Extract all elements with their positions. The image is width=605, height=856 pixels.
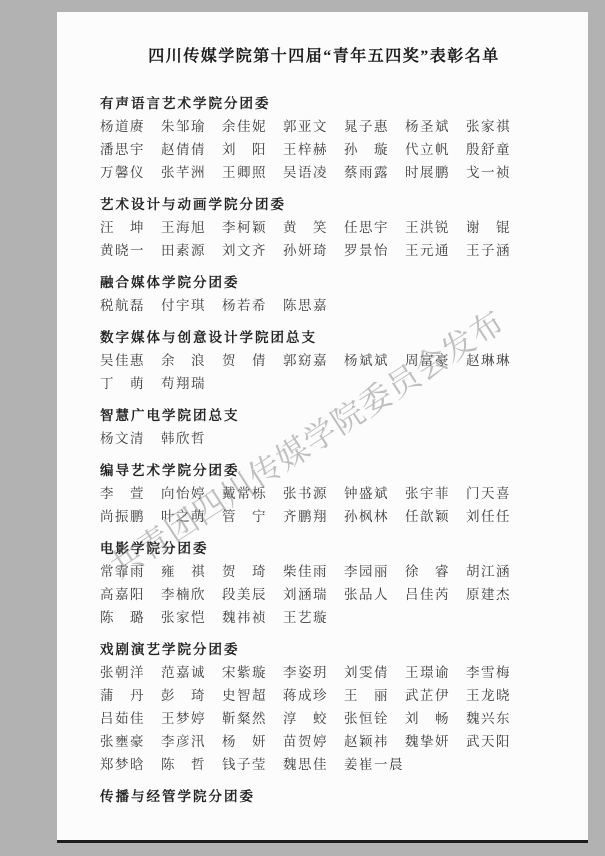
- person-name: 叶之萌: [161, 505, 206, 528]
- person-name: 胡江涵: [466, 560, 511, 583]
- section: 编导艺术学院分团委李 萱向怡婷戴常栎张书源钟盛斌张宇菲门天喜尚振鹏叶之萌管 宁齐…: [100, 459, 548, 528]
- name-row: 黄晓一田素源刘文齐孙妍琦罗景怡王元通王子涵: [100, 239, 548, 262]
- person-name: 姜崔一晨: [344, 753, 404, 776]
- person-name: 赵倩倩: [161, 138, 206, 161]
- sections: 有声语言艺术学院分团委杨道赓朱邹瑜余佳妮郭亚文晁子惠杨圣斌张家祺潘思宇赵倩倩刘 …: [100, 92, 548, 808]
- person-name: 李雪梅: [466, 661, 511, 684]
- person-name: 杨圣斌: [405, 115, 450, 138]
- person-name: 郭窈嘉: [283, 349, 328, 372]
- person-name: 刘 畅: [405, 707, 450, 730]
- person-name: 段美辰: [222, 583, 267, 606]
- person-name: 王龙晓: [466, 684, 511, 707]
- person-name: 武芷伊: [405, 684, 450, 707]
- name-row: 常霏雨雍 祺贺 琦柴佳雨李园丽徐 睿胡江涵: [100, 560, 548, 583]
- section: 有声语言艺术学院分团委杨道赓朱邹瑜余佳妮郭亚文晁子惠杨圣斌张家祺潘思宇赵倩倩刘 …: [100, 92, 548, 184]
- person-name: 杨 妍: [222, 730, 267, 753]
- name-row: 尚振鹏叶之萌管 宁齐鹏翔孙枫林任歆颖刘任任: [100, 505, 548, 528]
- person-name: 刘任任: [466, 505, 511, 528]
- person-name: 蒲 丹: [100, 684, 145, 707]
- person-name: 陈思嘉: [283, 294, 328, 317]
- section: 数字媒体与创意设计学院团总支吴佳惠余 浪贺 倩郭窈嘉杨斌斌周富豪赵琳琳丁 萌苟翔…: [100, 326, 548, 395]
- name-row: 税航磊付宇琪杨若希陈思嘉: [100, 294, 548, 317]
- person-name: 贺 倩: [222, 349, 267, 372]
- person-name: 李姿玥: [283, 661, 328, 684]
- person-name: 魏挚妍: [405, 730, 450, 753]
- section-heading: 数字媒体与创意设计学院团总支: [100, 326, 548, 349]
- person-name: 蔡雨露: [344, 161, 389, 184]
- person-name: 郭亚文: [283, 115, 328, 138]
- person-name: 杨道赓: [100, 115, 145, 138]
- name-row: 万馨仪张芊洲王卿照吴语凌蔡雨露时展鹏戈一祯: [100, 161, 548, 184]
- name-row: 潘思宇赵倩倩刘 阳王梓赫孙 璇代立帆殷舒童: [100, 138, 548, 161]
- person-name: 李园丽: [344, 560, 389, 583]
- document-page: 共青团四川传媒学院委员会发布 四川传媒学院第十四届“青年五四奖”表彰名单 有声语…: [57, 12, 588, 843]
- name-row: 高嘉阳李楠欣段美辰刘涵瑞张品人吕佳芮原建杰: [100, 583, 548, 606]
- person-name: 张壅豪: [100, 730, 145, 753]
- person-name: 王卿照: [222, 161, 267, 184]
- person-name: 苗贺婷: [283, 730, 328, 753]
- person-name: 魏思佳: [283, 753, 328, 776]
- person-name: 彭 琦: [161, 684, 206, 707]
- person-name: 常霏雨: [100, 560, 145, 583]
- person-name: 张家恺: [161, 606, 206, 629]
- section: 传播与经管学院分团委: [100, 785, 548, 808]
- person-name: 淳 蛟: [283, 707, 328, 730]
- person-name: 李彦汛: [161, 730, 206, 753]
- name-row: 汪 坤王海旭李柯颖黄 笑任思宇王洪锐谢 锟: [100, 216, 548, 239]
- person-name: 柴佳雨: [283, 560, 328, 583]
- person-name: 杨斌斌: [344, 349, 389, 372]
- person-name: 张芊洲: [161, 161, 206, 184]
- person-name: 陈 璐: [100, 606, 145, 629]
- person-name: 赵琳琳: [466, 349, 511, 372]
- person-name: 吕佳芮: [405, 583, 450, 606]
- person-name: 陈 哲: [161, 753, 206, 776]
- person-name: 张恒铨: [344, 707, 389, 730]
- name-row: 李 萱向怡婷戴常栎张书源钟盛斌张宇菲门天喜: [100, 482, 548, 505]
- person-name: 殷舒童: [466, 138, 511, 161]
- person-name: 张朝洋: [100, 661, 145, 684]
- person-name: 高嘉阳: [100, 583, 145, 606]
- person-name: 郑梦晗: [100, 753, 145, 776]
- person-name: 张品人: [344, 583, 389, 606]
- person-name: 靳粲然: [222, 707, 267, 730]
- person-name: 潘思宇: [100, 138, 145, 161]
- person-name: 代立帆: [405, 138, 450, 161]
- name-row: 张朝洋范嘉诚宋紫璇李姿玥刘雯倩王璟谕李雪梅: [100, 661, 548, 684]
- person-name: 王璟谕: [405, 661, 450, 684]
- person-name: 蒋成珍: [283, 684, 328, 707]
- person-name: 徐 睿: [405, 560, 450, 583]
- person-name: 刘涵瑞: [283, 583, 328, 606]
- person-name: 刘文齐: [222, 239, 267, 262]
- section-heading: 智慧广电学院团总支: [100, 404, 548, 427]
- person-name: 李柯颖: [222, 216, 267, 239]
- name-row: 丁 萌苟翔瑞: [100, 372, 548, 395]
- person-name: 万馨仪: [100, 161, 145, 184]
- person-name: 韩欣哲: [161, 427, 206, 450]
- person-name: 王梓赫: [283, 138, 328, 161]
- person-name: 雍 祺: [161, 560, 206, 583]
- person-name: 刘雯倩: [344, 661, 389, 684]
- person-name: 刘 阳: [222, 138, 267, 161]
- person-name: 魏兴东: [466, 707, 511, 730]
- person-name: 钟盛斌: [344, 482, 389, 505]
- person-name: 管 宁: [222, 505, 267, 528]
- person-name: 丁 萌: [100, 372, 145, 395]
- person-name: 王海旭: [161, 216, 206, 239]
- person-name: 汪 坤: [100, 216, 145, 239]
- section-heading: 艺术设计与动画学院分团委: [100, 193, 548, 216]
- person-name: 孙 璇: [344, 138, 389, 161]
- person-name: 向怡婷: [161, 482, 206, 505]
- name-row: 吕茹佳王梦婷靳粲然淳 蛟张恒铨刘 畅魏兴东: [100, 707, 548, 730]
- person-name: 钱子莹: [222, 753, 267, 776]
- person-name: 张宇菲: [405, 482, 450, 505]
- page-title: 四川传媒学院第十四届“青年五四奖”表彰名单: [100, 46, 548, 68]
- person-name: 张书源: [283, 482, 328, 505]
- person-name: 魏祎祯: [222, 606, 267, 629]
- person-name: 苟翔瑞: [161, 372, 206, 395]
- section-heading: 传播与经管学院分团委: [100, 785, 548, 808]
- person-name: 任歆颖: [405, 505, 450, 528]
- section-heading: 融合媒体学院分团委: [100, 271, 548, 294]
- person-name: 齐鹏翔: [283, 505, 328, 528]
- name-row: 陈 璐张家恺魏祎祯王艺璇: [100, 606, 548, 629]
- name-row: 杨文清韩欣哲: [100, 427, 548, 450]
- person-name: 原建杰: [466, 583, 511, 606]
- name-row: 郑梦晗陈 哲钱子莹魏思佳姜崔一晨: [100, 753, 548, 776]
- person-name: 赵颖祎: [344, 730, 389, 753]
- person-name: 宋紫璇: [222, 661, 267, 684]
- person-name: 付宇琪: [161, 294, 206, 317]
- person-name: 吴佳惠: [100, 349, 145, 372]
- person-name: 王洪锐: [405, 216, 450, 239]
- person-name: 王子涵: [466, 239, 511, 262]
- person-name: 任思宇: [344, 216, 389, 239]
- section: 戏剧演艺学院分团委张朝洋范嘉诚宋紫璇李姿玥刘雯倩王璟谕李雪梅蒲 丹彭 琦史智超蒋…: [100, 638, 548, 776]
- person-name: 黄晓一: [100, 239, 145, 262]
- name-row: 蒲 丹彭 琦史智超蒋成珍王 丽武芷伊王龙晓: [100, 684, 548, 707]
- person-name: 戴常栎: [222, 482, 267, 505]
- section-heading: 有声语言艺术学院分团委: [100, 92, 548, 115]
- section: 艺术设计与动画学院分团委汪 坤王海旭李柯颖黄 笑任思宇王洪锐谢 锟黄晓一田素源刘…: [100, 193, 548, 262]
- name-row: 杨道赓朱邹瑜余佳妮郭亚文晁子惠杨圣斌张家祺: [100, 115, 548, 138]
- person-name: 黄 笑: [283, 216, 328, 239]
- person-name: 周富豪: [405, 349, 450, 372]
- section: 智慧广电学院团总支杨文清韩欣哲: [100, 404, 548, 450]
- person-name: 李楠欣: [161, 583, 206, 606]
- section: 融合媒体学院分团委税航磊付宇琪杨若希陈思嘉: [100, 271, 548, 317]
- person-name: 王艺璇: [283, 606, 328, 629]
- section-heading: 电影学院分团委: [100, 537, 548, 560]
- person-name: 史智超: [222, 684, 267, 707]
- person-name: 田素源: [161, 239, 206, 262]
- person-name: 李 萱: [100, 482, 145, 505]
- person-name: 王 丽: [344, 684, 389, 707]
- person-name: 时展鹏: [405, 161, 450, 184]
- name-row: 吴佳惠余 浪贺 倩郭窈嘉杨斌斌周富豪赵琳琳: [100, 349, 548, 372]
- person-name: 朱邹瑜: [161, 115, 206, 138]
- person-name: 范嘉诚: [161, 661, 206, 684]
- name-row: 张壅豪李彦汛杨 妍苗贺婷赵颖祎魏挚妍武天阳: [100, 730, 548, 753]
- person-name: 税航磊: [100, 294, 145, 317]
- person-name: 王梦婷: [161, 707, 206, 730]
- person-name: 尚振鹏: [100, 505, 145, 528]
- person-name: 武天阳: [466, 730, 511, 753]
- person-name: 贺 琦: [222, 560, 267, 583]
- person-name: 吕茹佳: [100, 707, 145, 730]
- person-name: 戈一祯: [466, 161, 511, 184]
- person-name: 余佳妮: [222, 115, 267, 138]
- person-name: 孙枫林: [344, 505, 389, 528]
- person-name: 门天喜: [466, 482, 511, 505]
- section: 电影学院分团委常霏雨雍 祺贺 琦柴佳雨李园丽徐 睿胡江涵高嘉阳李楠欣段美辰刘涵瑞…: [100, 537, 548, 629]
- person-name: 孙妍琦: [283, 239, 328, 262]
- person-name: 王元通: [405, 239, 450, 262]
- person-name: 余 浪: [161, 349, 206, 372]
- person-name: 杨文清: [100, 427, 145, 450]
- person-name: 谢 锟: [466, 216, 511, 239]
- person-name: 吴语凌: [283, 161, 328, 184]
- section-heading: 编导艺术学院分团委: [100, 459, 548, 482]
- section-heading: 戏剧演艺学院分团委: [100, 638, 548, 661]
- person-name: 杨若希: [222, 294, 267, 317]
- person-name: 张家祺: [466, 115, 511, 138]
- person-name: 罗景怡: [344, 239, 389, 262]
- person-name: 晁子惠: [344, 115, 389, 138]
